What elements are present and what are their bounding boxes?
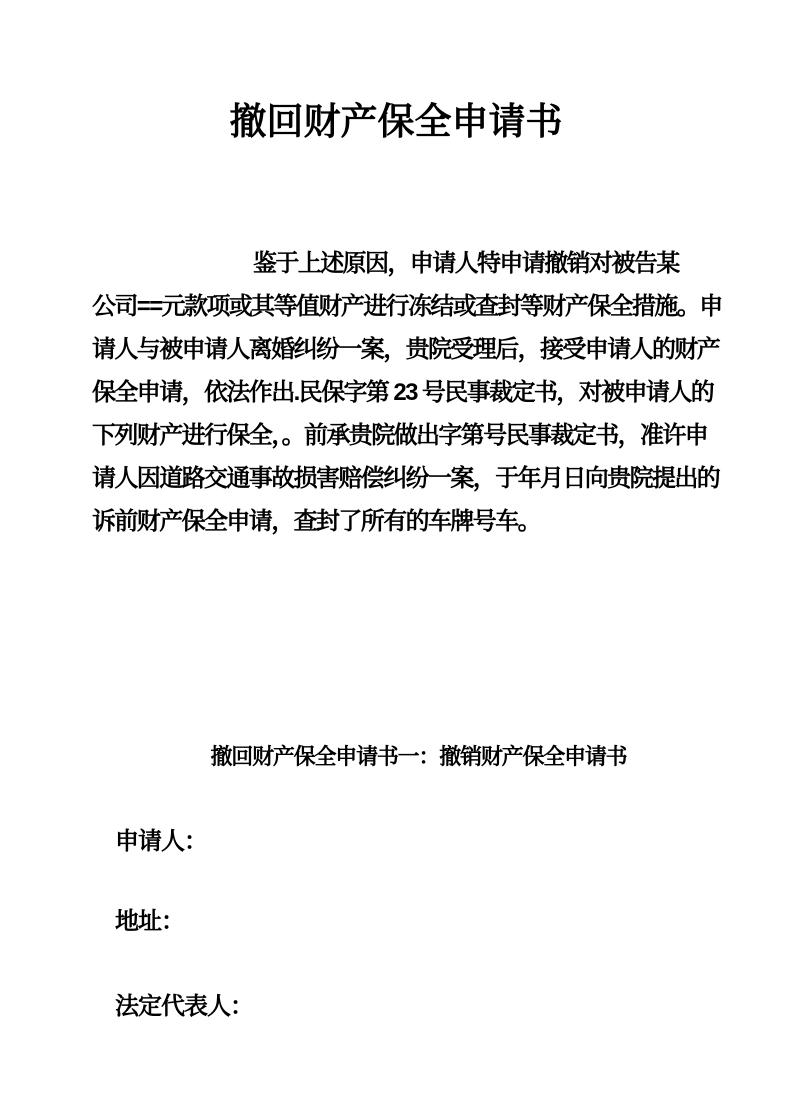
legal-representative-field-label: 法定代表人： bbox=[115, 989, 253, 1025]
body-line: 下列财产进行保全，。前承贵院做出字第号民事裁定书，准许申 bbox=[92, 414, 744, 457]
applicant-field-label: 申请人： bbox=[115, 824, 207, 860]
body-line: 请人与被申请人离婚纠纷一案，贵院受理后，接受申请人的财产 bbox=[92, 328, 744, 371]
address-field-label: 地址： bbox=[115, 904, 184, 940]
body-paragraph: 鉴于上述原因，申请人特申请撤销对被告某 公司==元款项或其等值财产进行冻结或查封… bbox=[92, 242, 744, 543]
body-line: 公司==元款项或其等值财产进行冻结或查封等财产保全措施。申 bbox=[92, 285, 744, 328]
section-heading: 撤回财产保全申请书一：撤销财产保全申请书 bbox=[0, 740, 792, 774]
document-title: 撤回财产保全申请书 bbox=[0, 100, 792, 146]
body-line: 诉前财产保全申请，查封了所有的车牌号车。 bbox=[92, 500, 744, 543]
document-page: 撤回财产保全申请书 鉴于上述原因，申请人特申请撤销对被告某 公司==元款项或其等… bbox=[0, 0, 792, 1120]
body-line: 鉴于上述原因，申请人特申请撤销对被告某 bbox=[92, 242, 744, 285]
body-line: 请人因道路交通事故损害赔偿纠纷一案，于年月日向贵院提出的 bbox=[92, 457, 744, 500]
body-line: 保全申请，依法作出.民保字第 23 号民事裁定书，对被申请人的 bbox=[92, 371, 744, 414]
